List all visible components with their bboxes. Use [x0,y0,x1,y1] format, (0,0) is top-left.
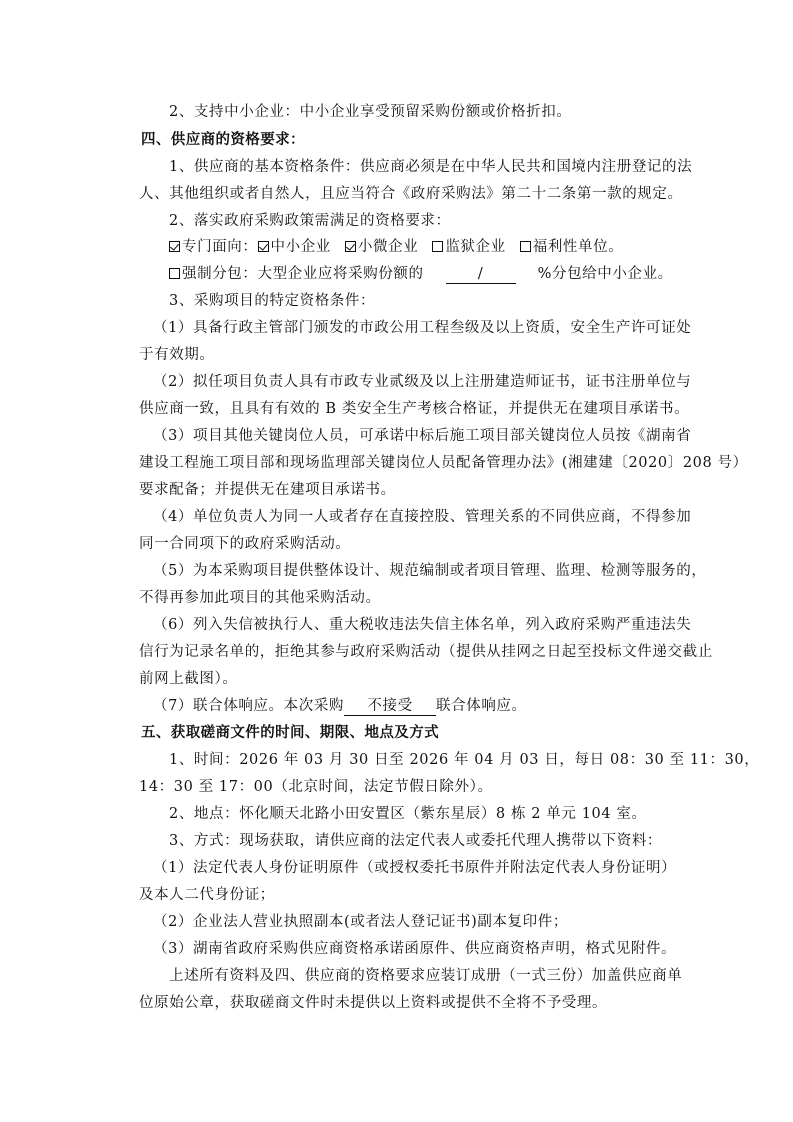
requirement-item-6-line1: （6）列入失信被执行人、重大税收违法失信主体名单，列入政府采购严重违法失 [153,615,673,635]
subcontract-percent-blank: / [446,266,516,284]
checkbox-label: 中小企业 [271,239,331,255]
checkbox-label: 专门面向： [182,239,258,255]
document-page: 2、支持中小企业：中小企业享受预留采购份额或价格折扣。 四、供应商的资格要求： … [0,0,793,1122]
subcontract-row: 强制分包：大型企业应将采购份额的/%分包给中小企业。 [169,264,689,284]
checkbox-label: 福利性单位。 [533,239,624,255]
requirement-item-4-line1: （4）单位负责人为同一人或者存在直接控股、管理关系的不同供应商，不得参加 [153,507,673,527]
material-item-1-line1: （1）法定代表人身份证明原件（或授权委托书原件并附法定代表人身份证明） [153,858,673,878]
checkbox-micro[interactable]: 小微企业 [345,239,418,255]
checkbox-unchecked-icon[interactable] [432,241,443,252]
requirement-item-5-line1: （5）为本采购项目提供整体设计、规范编制或者项目管理、监理、检测等服务的， [153,561,673,581]
checkbox-checked-icon[interactable] [169,241,180,252]
section-heading-qualifications: 四、供应商的资格要求： [141,130,661,150]
subcontract-label: 强制分包：大型企业应将采购份额的 [182,266,424,282]
material-item-2: （2）企业法人营业执照副本(或者法人登记证书)副本复印件； [153,912,673,932]
requirement-item-6-line3: 前网上截图）。 [139,669,659,689]
checkbox-sme[interactable]: 中小企业 [258,239,331,255]
requirement-item-3-line3: 要求配备；并提供无在建项目承诺书。 [139,480,659,500]
paragraph-method: 3、方式：现场获取，请供应商的法定代表人或委托代理人携带以下资料： [169,831,689,851]
policy-checkbox-row: 专门面向：中小企业小微企业监狱企业福利性单位。 [169,237,689,257]
consortium-row: （7）联合体响应。本次采购不接受联合体响应。 [153,696,673,716]
paragraph-time-line1: 1、时间：2026 年 03 月 30 日至 2026 年 04 月 03 日，… [169,750,689,770]
requirement-item-3-line2: 建设工程施工项目部和现场监理部关键岗位人员配备管理办法》(湘建建〔2020〕20… [139,453,659,473]
checkbox-prison[interactable]: 监狱企业 [432,239,505,255]
paragraph-time-line2: 14：30 至 17：00（北京时间，法定节假日除外）。 [139,777,659,797]
requirement-item-4-line2: 同一合同项下的政府采购活动。 [139,534,659,554]
paragraph-specific-title: 3、采购项目的特定资格条件： [169,291,689,311]
paragraph-policy-title: 2、落实政府采购政策需满足的资格要求： [169,211,689,231]
material-item-1-line2: 及本人二代身份证； [139,885,659,905]
checkbox-unchecked-icon[interactable] [169,268,180,279]
requirement-item-5-line2: 不得再参加此项目的其他采购活动。 [139,588,659,608]
material-item-3: （3）湖南省政府采购供应商资格承诺函原件、供应商资格声明，格式见附件。 [153,939,673,959]
checkbox-label: 监狱企业 [445,239,505,255]
requirement-item-2-line1: （2）拟任项目负责人具有市政专业贰级及以上注册建造师证书，证书注册单位与 [153,372,673,392]
consortium-value: 不接受 [344,698,436,716]
paragraph-note-line1: 上述所有资料及四、供应商的资格要求应装订成册（一式三份）加盖供应商单 [169,966,689,986]
checkbox-welfare[interactable]: 福利性单位。 [520,239,624,255]
consortium-suffix: 联合体响应。 [436,698,527,714]
requirement-item-6-line2: 信行为记录名单的，拒绝其参与政府采购活动（提供从挂网之日起至投标文件递交截止 [139,642,659,662]
paragraph-basic-qualification-line1: 1、供应商的基本资格条件：供应商必须是在中华人民共和国境内注册登记的法 [169,157,689,177]
requirement-item-1-line2: 于有效期。 [139,345,659,365]
consortium-prefix: （7）联合体响应。本次采购 [153,698,344,714]
requirement-item-1-line1: （1）具备行政主管部门颁发的市政公用工程叁级及以上资质，安全生产许可证处 [153,318,673,338]
subcontract-suffix: %分包给中小企业。 [538,266,673,282]
paragraph-support-sme: 2、支持中小企业：中小企业享受预留采购份额或价格折扣。 [169,102,689,122]
paragraph-note-line2: 位原始公章，获取磋商文件时未提供以上资料或提供不全将不予受理。 [139,993,659,1013]
checkbox-dedicated[interactable]: 专门面向： [169,239,258,255]
requirement-item-3-line1: （3）项目其他关键岗位人员，可承诺中标后施工项目部关键岗位人员按《湖南省 [153,426,673,446]
checkbox-label: 小微企业 [358,239,418,255]
checkbox-unchecked-icon[interactable] [520,241,531,252]
checkbox-checked-icon[interactable] [345,241,356,252]
section-heading-obtain-documents: 五、获取磋商文件的时间、期限、地点及方式 [141,723,661,743]
checkbox-checked-icon[interactable] [258,241,269,252]
paragraph-place: 2、地点：怀化顺天北路小田安置区（紫东星辰）8 栋 2 单元 104 室。 [169,804,689,824]
requirement-item-2-line2: 供应商一致，且具有有效的 B 类安全生产考核合格证，并提供无在建项目承诺书。 [139,399,659,419]
paragraph-basic-qualification-line2: 人、其他组织或者自然人，且应当符合《政府采购法》第二十二条第一款的规定。 [139,184,659,204]
